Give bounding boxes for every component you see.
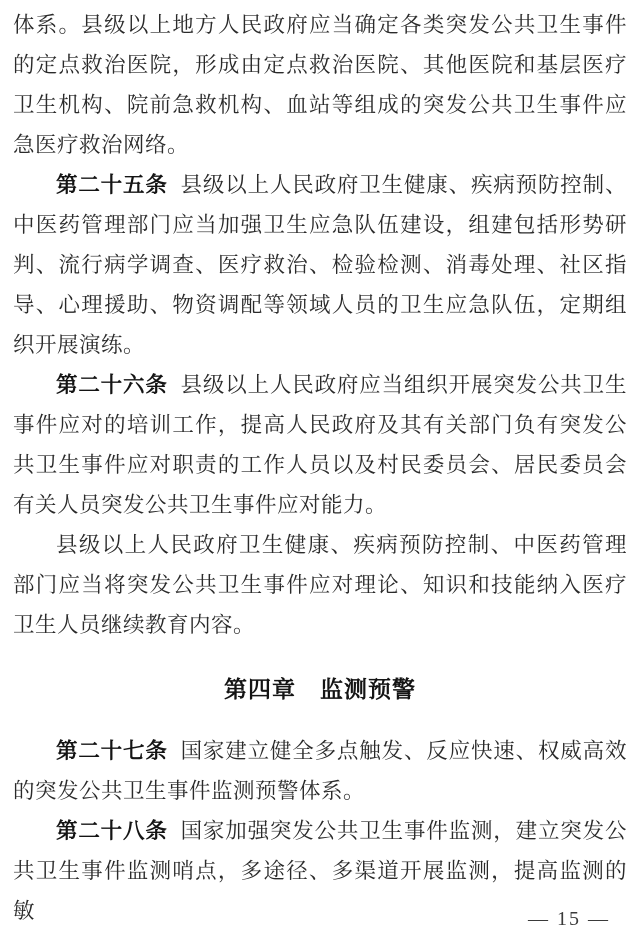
article-number: 第二十六条 (56, 373, 168, 397)
article-number: 第二十七条 (56, 739, 168, 763)
paragraph-text: 体系。县级以上地方人民政府应当确定各类突发公共卫生事件的定点救治医院，形成由定点… (13, 13, 627, 157)
paragraph-text: 县级以上人民政府卫生健康、疾病预防控制、中医药管理部门应当加强卫生应急队伍建设，… (13, 173, 627, 357)
page-number: — 15 — (528, 906, 610, 932)
document-page: 体系。县级以上地方人民政府应当确定各类突发公共卫生事件的定点救治医院，形成由定点… (0, 0, 640, 946)
paragraph-article-25: 第二十五条县级以上人民政府卫生健康、疾病预防控制、中医药管理部门应当加强卫生应急… (13, 165, 627, 365)
paragraph-continuing-education: 县级以上人民政府卫生健康、疾病预防控制、中医药管理部门应当将突发公共卫生事件应对… (13, 525, 627, 645)
paragraph-continuation: 体系。县级以上地方人民政府应当确定各类突发公共卫生事件的定点救治医院，形成由定点… (13, 5, 627, 165)
chapter-heading: 第四章 监测预警 (13, 669, 627, 709)
article-number: 第二十五条 (56, 173, 168, 197)
paragraph-text: 县级以上人民政府卫生健康、疾病预防控制、中医药管理部门应当将突发公共卫生事件应对… (13, 533, 627, 637)
paragraph-article-27: 第二十七条国家建立健全多点触发、反应快速、权威高效的突发公共卫生事件监测预警体系… (13, 731, 627, 811)
article-number: 第二十八条 (56, 819, 168, 843)
document-body: 体系。县级以上地方人民政府应当确定各类突发公共卫生事件的定点救治医院，形成由定点… (13, 5, 627, 931)
paragraph-article-26: 第二十六条县级以上人民政府应当组织开展突发公共卫生事件应对的培训工作，提高人民政… (13, 365, 627, 525)
